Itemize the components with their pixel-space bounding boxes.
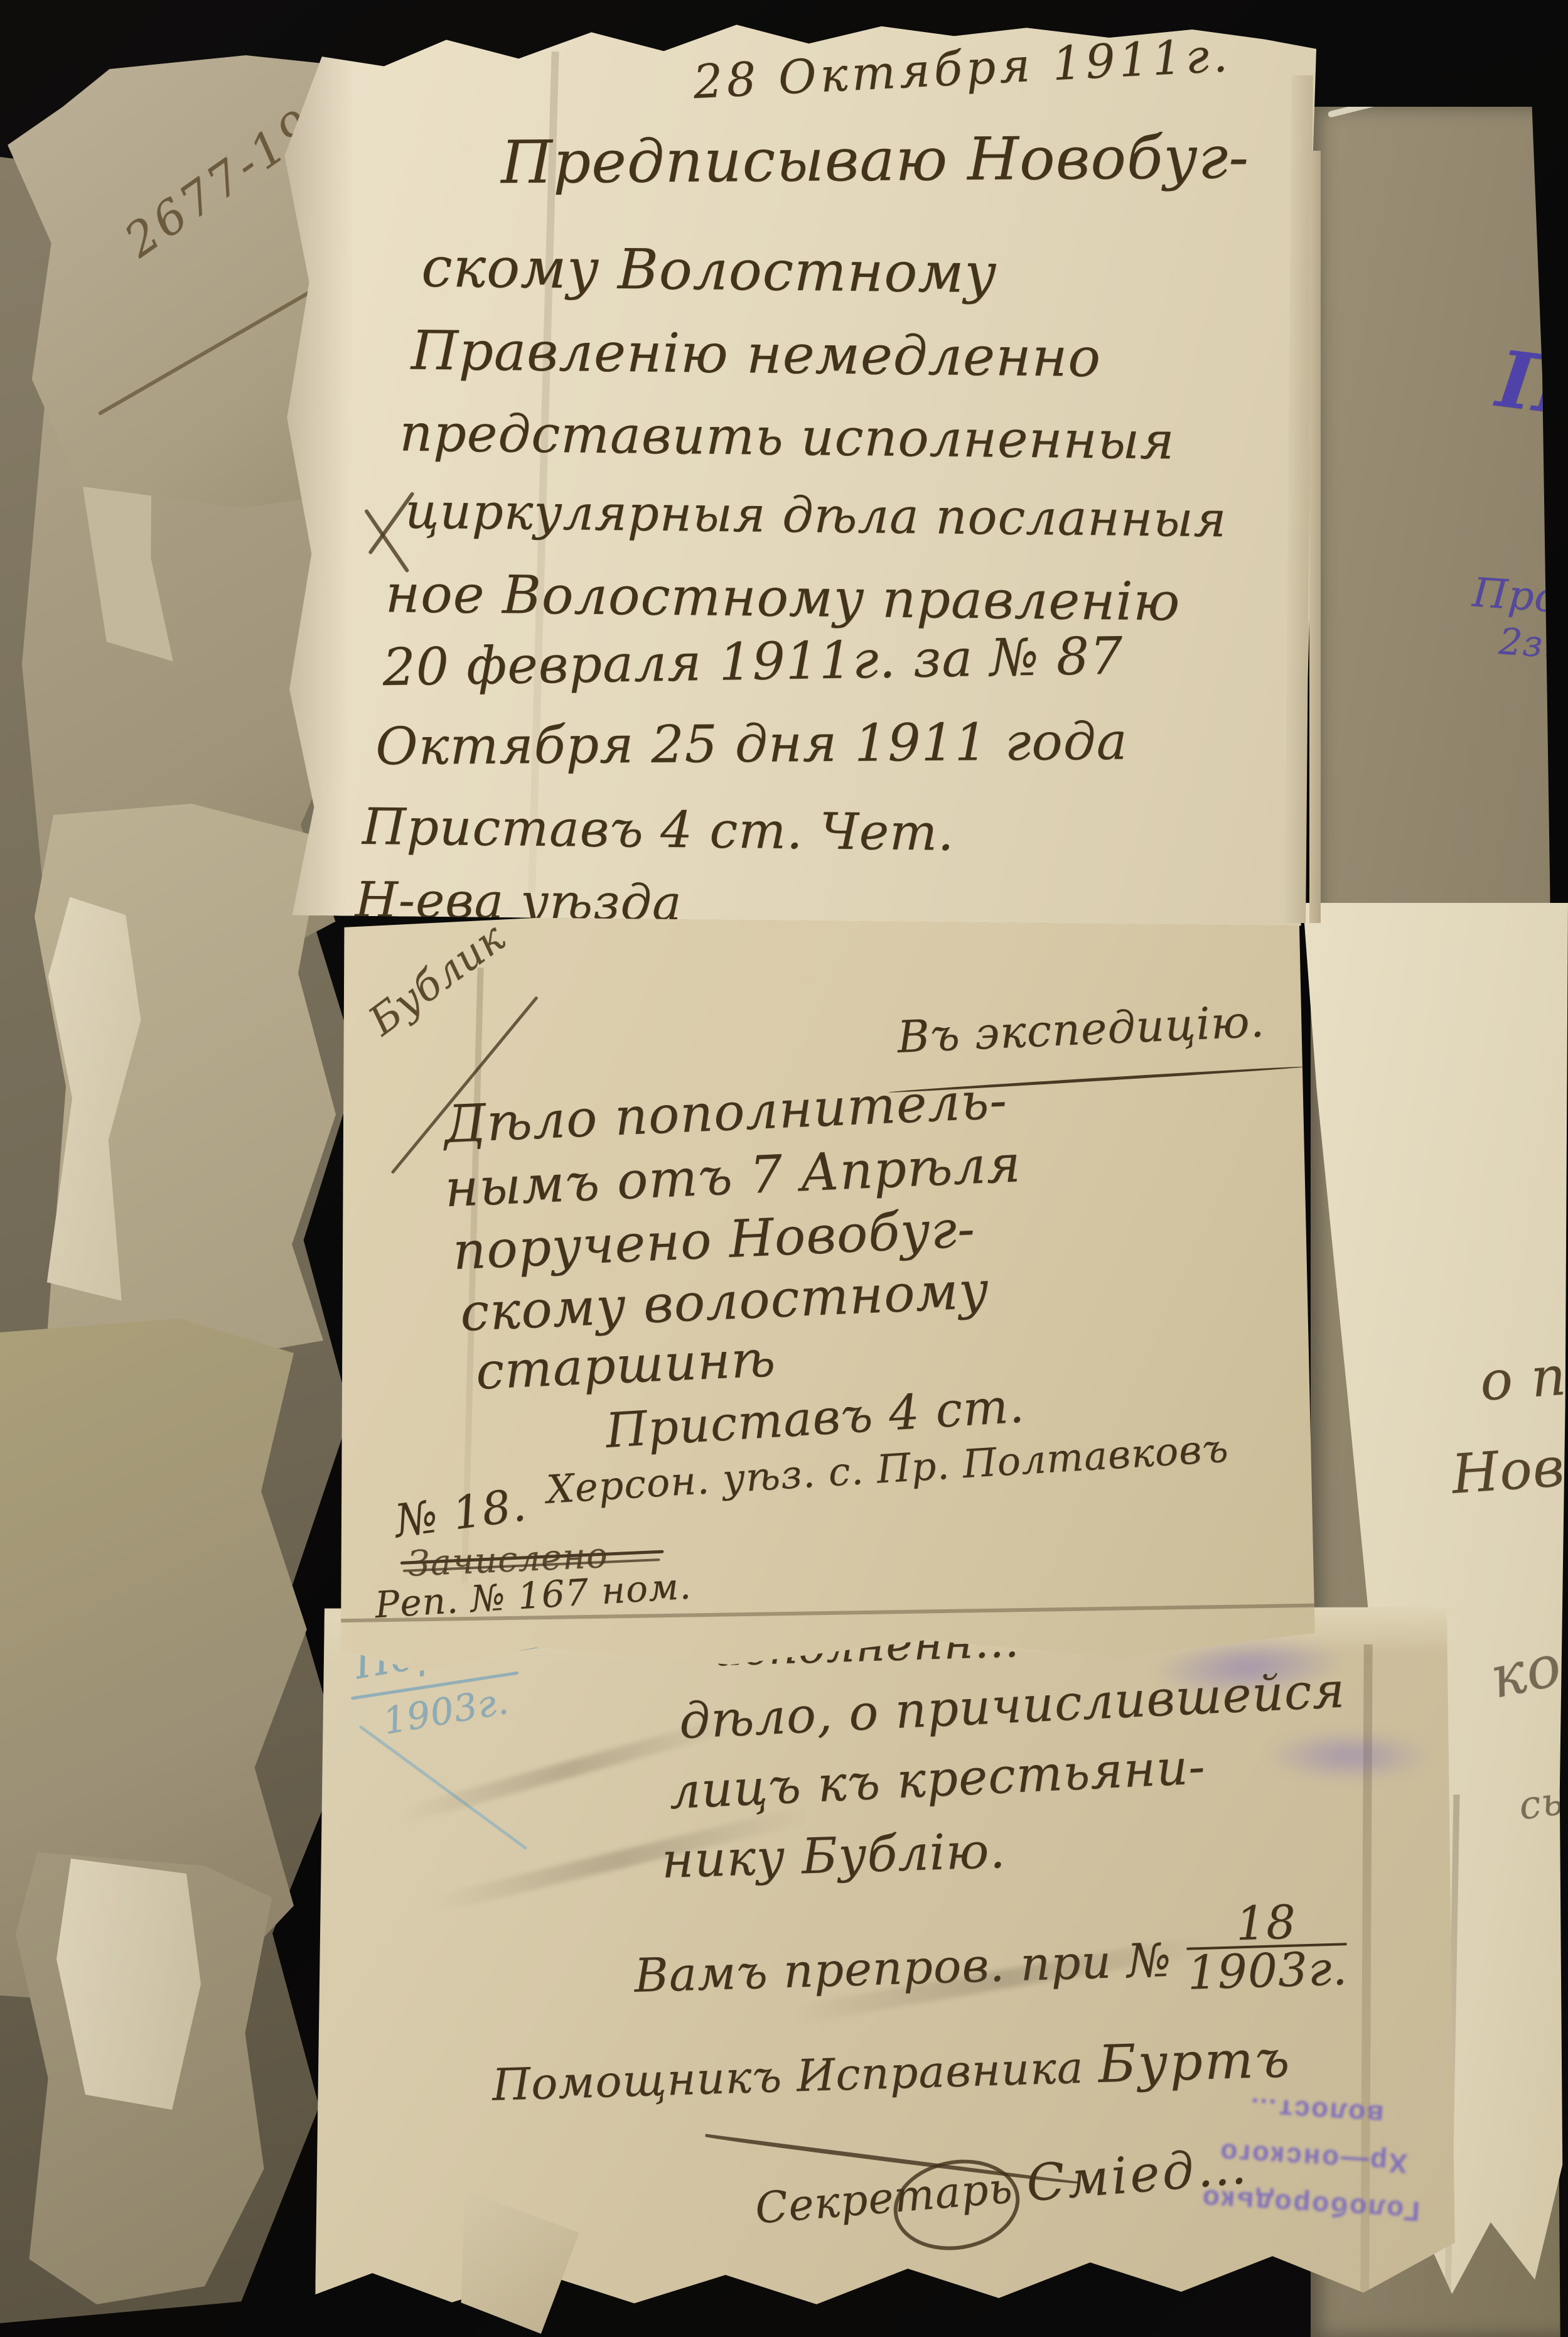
cover-initial-note: П [1493, 340, 1568, 426]
cover-note-line1: Про [1471, 573, 1560, 618]
archival-photo: 2677-19 П Про 2з. о при… Новаг… ко сь По… [0, 0, 1568, 2337]
right-page-pencil-fragment1: ко [1485, 1636, 1566, 1707]
top-letter-line7: Октября 25 дня 1911 года [375, 716, 1128, 773]
reference-numerator: 18 [1235, 1896, 1297, 1951]
violet-stamp: Голобородько Хр—онского волост… [1152, 2037, 1476, 2237]
page-edge-strip-2 [1309, 151, 1321, 923]
right-page-pencil-fragment2: сь [1517, 1781, 1565, 1825]
bottom-letter-reference-line: Вамъ препров. при № 181903г. [633, 1899, 1348, 2012]
signature-title: Помощникъ Исправника [491, 2042, 1085, 2111]
top-letter-line2: Правленію немедленно [411, 324, 1101, 386]
middle-document: Бублик Въ экспедицію. Дѣло пополнитель- … [335, 904, 1316, 1671]
middle-margin-note: Бублик [362, 917, 512, 1042]
right-page-title-line1: о при… [1478, 1341, 1568, 1409]
top-letter-line8: Приставъ 4 ст. Чет. [362, 802, 955, 858]
top-letter-date: 28 Октября 1911г. [692, 32, 1233, 105]
middle-heading: Въ экспедицію. [896, 999, 1265, 1059]
top-document: 28 Октября 1911г. Предписываю Новобуг- с… [272, 11, 1317, 926]
top-letter-line1: скому Волостному [421, 240, 997, 301]
top-letter-line3: представить исполненныя [399, 407, 1175, 467]
top-letter-line6: 20 февраля 1911г. за № 87 [382, 631, 1124, 694]
middle-number: № 18. [392, 1482, 529, 1544]
stamp-smudge-2 [1263, 1729, 1432, 1783]
top-letter-line0: Предписываю Новобуг- [501, 129, 1250, 193]
top-letter-line5: ное Волостному правленію [385, 567, 1180, 628]
right-page-title-line2: Новаг… [1450, 1432, 1568, 1502]
top-letter-line4: циркулярныя дѣла посланныя [405, 487, 1227, 545]
middle-line4: старшинѣ [475, 1334, 776, 1397]
cover-note-line2: 2з. [1498, 623, 1557, 663]
bottom-letter-line1: дѣло, о причислившейся [678, 1666, 1346, 1746]
binding-thread [1328, 95, 1396, 118]
bottom-letter-line2: лицъ къ крестьяни- [669, 1742, 1207, 1816]
